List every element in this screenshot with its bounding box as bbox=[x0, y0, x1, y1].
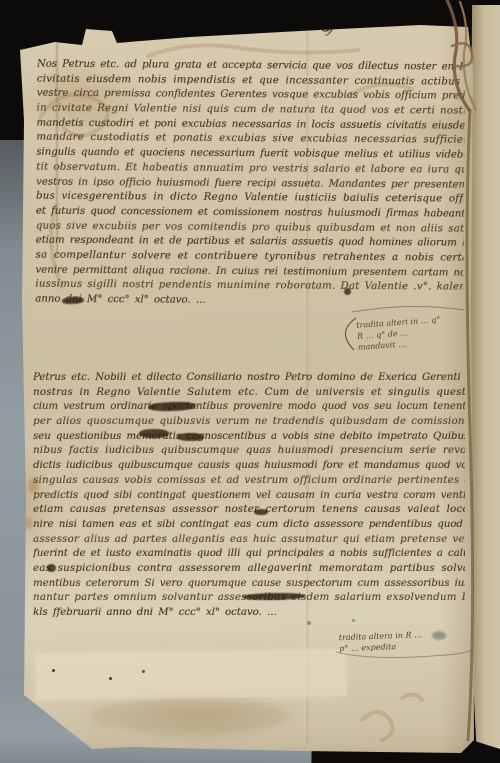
ink-blot bbox=[47, 564, 56, 572]
marginal-note-1: tradita alteri in … q°R … q° de …mandavi… bbox=[356, 312, 470, 353]
manuscript-page: missio excubiaʒ ) Nos Petrus etc. ad plu… bbox=[0, 0, 500, 763]
ink-blot bbox=[344, 288, 351, 295]
text-line: anno dni M° ccc° xl° octavo. … bbox=[35, 294, 463, 312]
speck bbox=[52, 669, 55, 672]
ink-blot bbox=[139, 429, 169, 438]
text-line: Petrus etc. Nobili et dilecto Consiliari… bbox=[33, 372, 465, 387]
paragraph-1: Nos Petrus etc. ad plura grata et accept… bbox=[35, 59, 465, 312]
text-line: eas suspicionibus contra assessorem alle… bbox=[33, 563, 465, 578]
text-line: etiam causas pretensas assessor noster c… bbox=[33, 504, 465, 519]
paragraph-2: Petrus etc. Nobili et dilecto Consiliari… bbox=[33, 372, 465, 622]
speck bbox=[307, 621, 311, 625]
speck bbox=[109, 677, 112, 680]
page-title: missio excubiaʒ bbox=[203, 17, 338, 32]
manuscript-photo: missio excubiaʒ ) Nos Petrus etc. ad plu… bbox=[0, 0, 500, 763]
speck bbox=[352, 619, 355, 622]
stain bbox=[90, 698, 290, 734]
text-line: nostras in Regno Valentie Salutem etc. C… bbox=[33, 387, 465, 402]
text-line: dictis iudicibus quibuscumque causis qua… bbox=[33, 460, 465, 475]
smudge bbox=[432, 631, 446, 640]
text-line: fuerint de et iusto examinatis quod illi… bbox=[33, 548, 465, 563]
text-line: per alios quoscumque quibusvis verum ne … bbox=[33, 416, 465, 431]
speck bbox=[142, 670, 145, 673]
text-line: kls ffebruarii anno dni M° ccc° xl° octa… bbox=[33, 607, 465, 622]
text-line: singulas causas vobis comissas et ad ves… bbox=[33, 475, 465, 490]
text-line: nibus factis iudicibus quibuscumque quas… bbox=[33, 445, 465, 460]
text-line: predictis quod sibi contingat questionem… bbox=[33, 490, 465, 505]
text-line: assessor alius ad partes allegantis eas … bbox=[33, 534, 465, 549]
title-flourish-mark: ) bbox=[325, 10, 338, 40]
repair-patch bbox=[36, 650, 347, 700]
foxing-spot bbox=[25, 518, 33, 529]
text-line: mentibus ceterorum Si vero quorumque cau… bbox=[33, 578, 465, 593]
ink-blot bbox=[254, 509, 268, 515]
text-line: cium vestrum ordinarie spectantibus prov… bbox=[33, 401, 465, 416]
ink-blot bbox=[177, 433, 204, 441]
text-line: nire nisi tamen eas et sibi contingat ea… bbox=[33, 519, 465, 534]
text-line: seu questionibus memoratis cognoscentibu… bbox=[33, 431, 465, 446]
